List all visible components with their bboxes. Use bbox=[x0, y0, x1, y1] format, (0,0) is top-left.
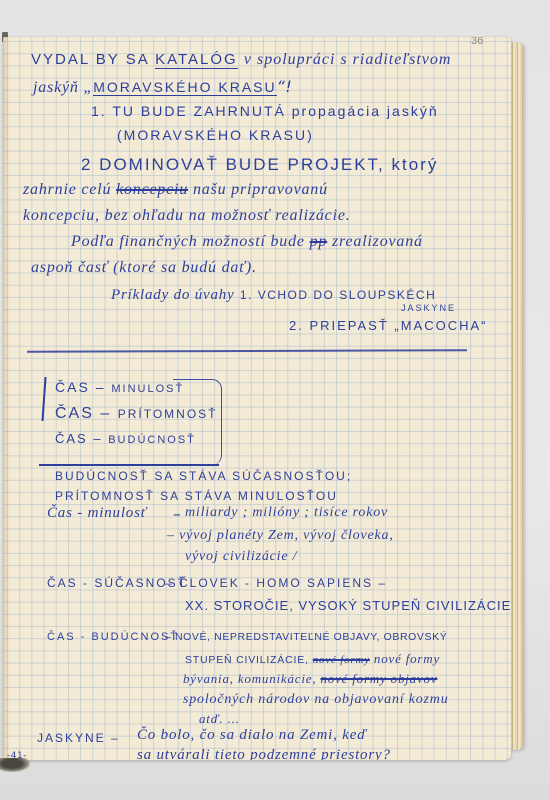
present-line-2: XX. STOROČIE, VYSOKÝ STUPEŇ CIVILIZÁCIE, bbox=[185, 598, 511, 613]
past-line-2: – vývoj planéty Zem, vývoj človeka, bbox=[167, 528, 394, 544]
keyword-moravskeho-krasu: MORAVSKÉHO KRASU bbox=[93, 79, 276, 96]
time-row-present: ČAS – PRÍTOMNOSŤ bbox=[55, 405, 218, 423]
caves-label: JASKYNE – bbox=[37, 731, 120, 745]
time-note-2: PRÍTOMNOSŤ SA STÁVA MINULOSŤOU bbox=[55, 489, 338, 503]
past-line-1: miliardy ; milióny ; tisíce rokov bbox=[185, 505, 388, 521]
future-line-3: bývania, komunikácie, nové formy objavov bbox=[183, 671, 437, 687]
catalog-item-2a: 2 DOMINOVAŤ BUDE PROJEKT, ktorý bbox=[81, 155, 438, 175]
future-line-1: – NOVÉ, NEPREDSTAVITEĽNÉ OBJAVY, OBROVSK… bbox=[165, 631, 447, 643]
time-row-past: ČAS – MINULOSŤ bbox=[55, 379, 184, 395]
future-line-5: atď. ... bbox=[199, 711, 240, 727]
present-line-1: – ČLOVEK - HOMO SAPIENS – bbox=[165, 576, 387, 590]
catalog-line-2: jaskýň „MORAVSKÉHO KRASU“! bbox=[33, 77, 292, 97]
past-label: Čas - minulosť bbox=[47, 505, 147, 522]
catalog-item-1a: 1. TU BUDE ZAHRNUTÁ propagácia jaskýň bbox=[91, 103, 439, 119]
time-row-future: ČAS – BUDÚCNOSŤ bbox=[55, 431, 196, 446]
past-dash: – bbox=[173, 505, 181, 523]
future-line-2: STUPEŇ CIVILIZÁCIE, nové formy nové form… bbox=[185, 651, 440, 667]
catalog-examples: Príklady do úvahy 1. VCHOD DO SLOUPSKÉCH bbox=[111, 285, 436, 304]
catalog-line-1: VYDAL BY SA KATALÓG v spolupráci s riadi… bbox=[31, 51, 451, 69]
section-divider bbox=[27, 349, 467, 353]
keyword-katalog: KATALÓG bbox=[155, 51, 238, 69]
future-label: ČAS - BUDÚCNOSŤ bbox=[47, 631, 179, 643]
past-line-3: vývoj civilizácie / bbox=[185, 549, 297, 565]
caves-line-1: Čo bolo, čo sa dialo na Zemi, keď bbox=[137, 727, 367, 744]
caves-line-2: sa utvárali tieto podzemné priestory? bbox=[137, 747, 391, 760]
catalog-item-2d: Podľa finančných možností bude pp zreali… bbox=[71, 233, 423, 251]
catalog-example-2: 2. PRIEPASŤ „MACOCHA“ bbox=[289, 318, 488, 333]
catalog-item-2b: zahrnie celú koncepciu našu pripravovanú bbox=[23, 181, 328, 199]
box-bottom-rule bbox=[39, 464, 219, 466]
binding-thread bbox=[0, 758, 30, 772]
catalog-example-1-sub: JASKYNE bbox=[401, 303, 456, 313]
catalog-item-2e: aspoň časť (ktoré sa budú dať). bbox=[31, 259, 257, 277]
page-number-top: 36 bbox=[471, 37, 483, 47]
catalog-item-1b: (MORAVSKÉHO KRASU) bbox=[117, 127, 314, 143]
future-line-4: spoločných národov na objavovaní kozmu bbox=[183, 692, 449, 708]
notebook-page: 36 VYDAL BY SA KATALÓG v spolupráci s ri… bbox=[3, 37, 511, 760]
catalog-item-2c: koncepciu, bez ohľadu na možnosť realizá… bbox=[23, 207, 351, 225]
box-left-bar bbox=[41, 377, 46, 421]
time-note-1: BUDÚCNOSŤ SA STÁVA SÚČASNOSŤOU; bbox=[55, 469, 352, 483]
